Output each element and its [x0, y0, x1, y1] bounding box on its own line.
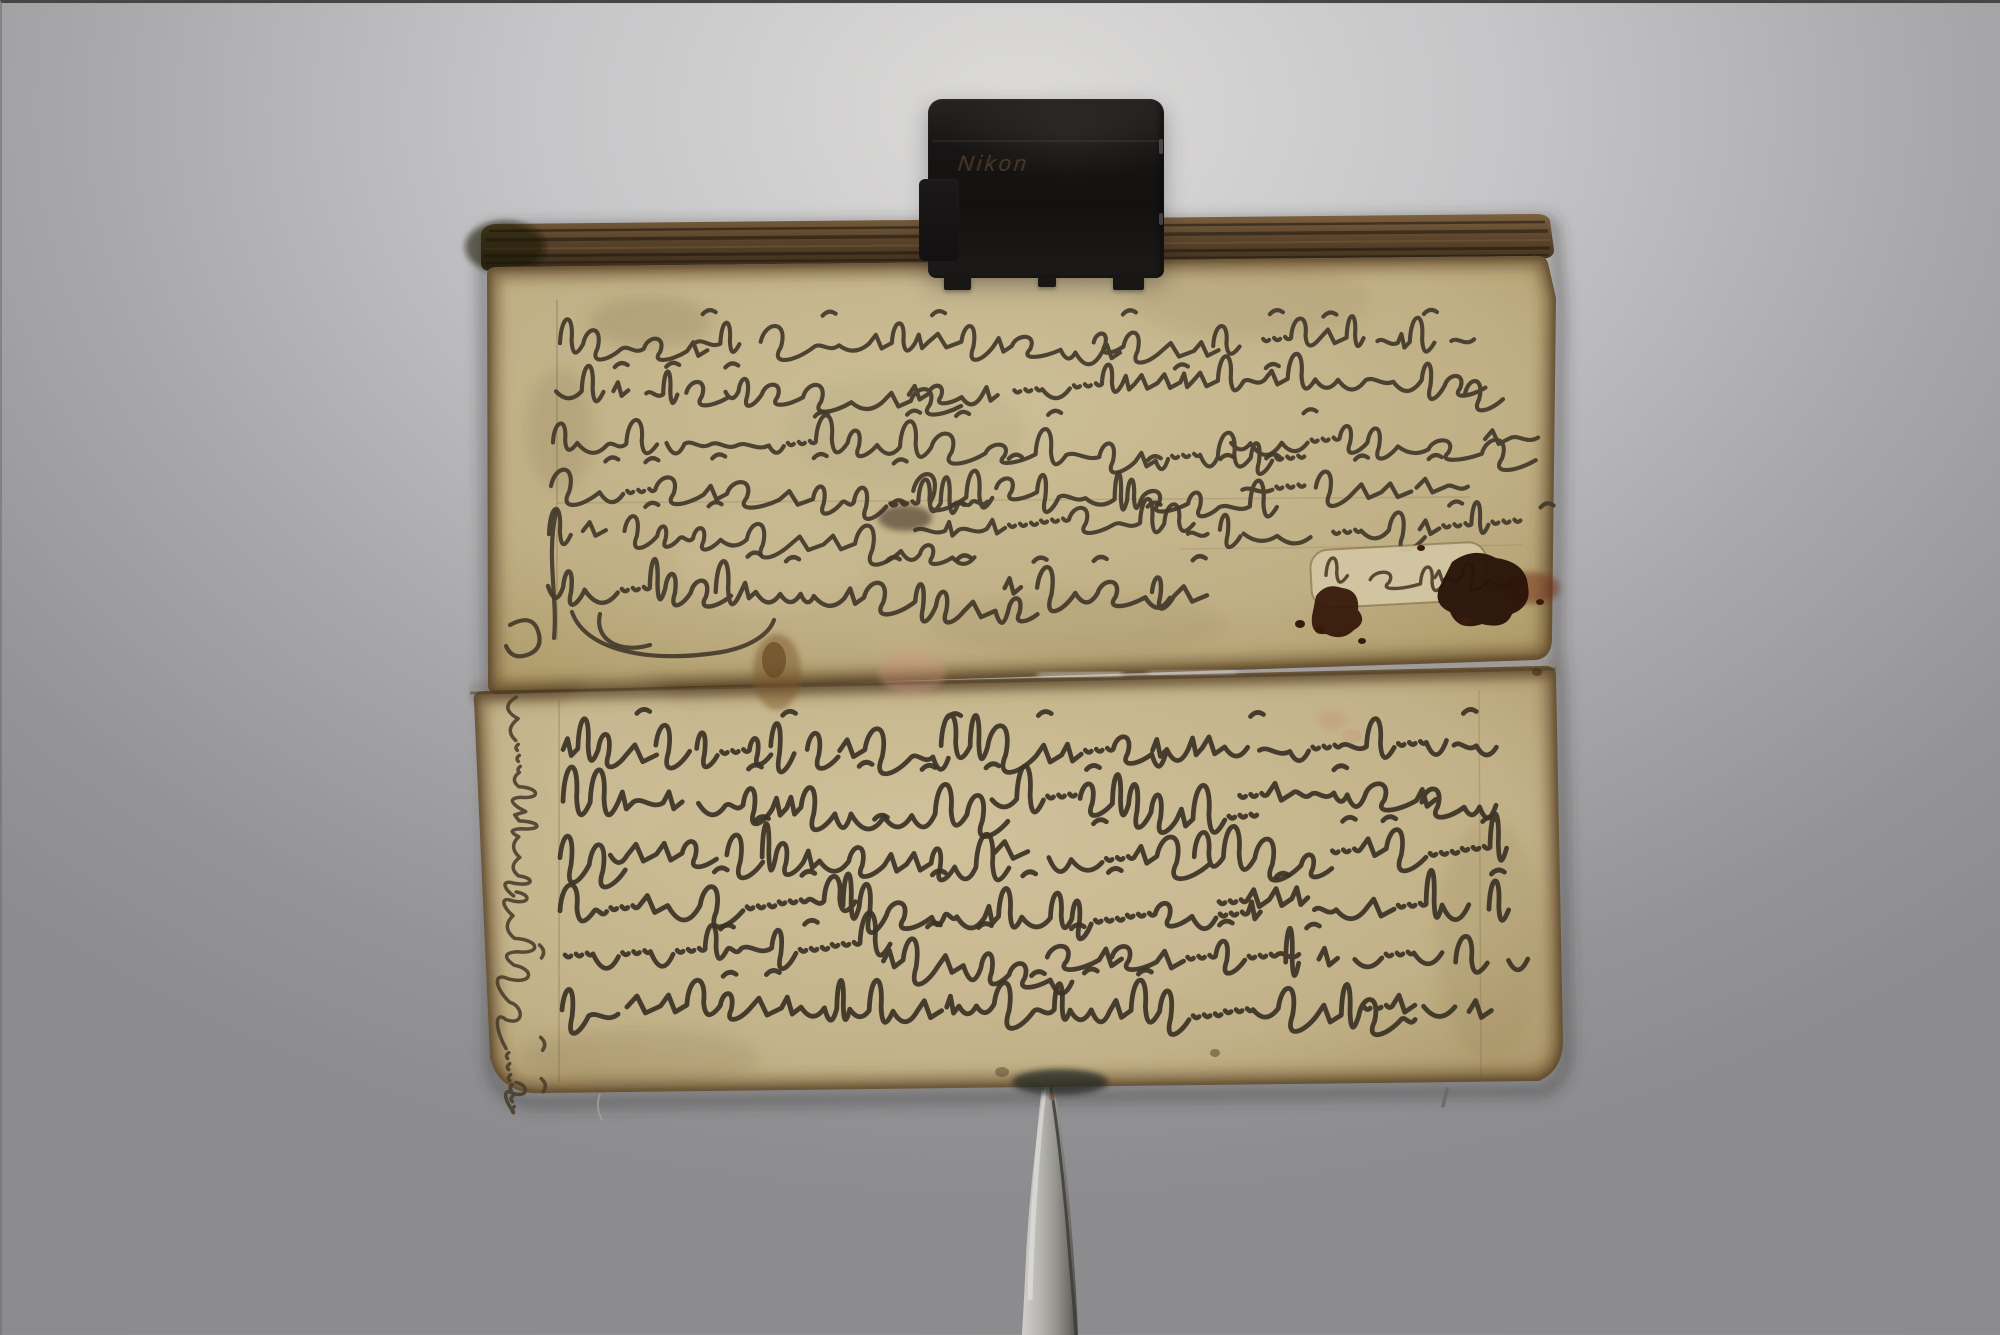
crease-highlight: [1040, 673, 1120, 676]
crease-highlight: [1150, 671, 1235, 674]
pink-spot: [1317, 710, 1347, 730]
speck: [1532, 668, 1542, 676]
wax-droplet: [1460, 617, 1472, 625]
wood-edge-dark-end: [465, 221, 545, 273]
wax-droplet: [1295, 620, 1305, 628]
battery-emboss-label: Nikon: [957, 151, 1140, 177]
battery-side-step: [919, 179, 959, 261]
speck: [995, 1067, 1009, 1077]
battery-contact-foot: [1113, 276, 1144, 290]
battery-seam: [932, 140, 1160, 142]
wax-droplet: [1417, 545, 1425, 551]
aging-blotch: [520, 1028, 760, 1088]
speck: [1210, 1049, 1220, 1057]
battery-contact-foot: [944, 276, 971, 290]
battery-notch: [1159, 139, 1163, 154]
aging-blotch: [1435, 820, 1545, 1060]
aging-blotch: [675, 510, 865, 610]
ink-smudge: [878, 505, 932, 531]
battery-contact-foot: [1038, 277, 1056, 287]
photograph: Nikon: [0, 0, 2000, 1335]
pink-spot: [1342, 729, 1362, 743]
wax-droplet: [1536, 599, 1544, 605]
wax-droplet: [1358, 638, 1366, 644]
pink-ring-stain: [878, 650, 946, 694]
nikon-battery-clamp: Nikon: [928, 99, 1164, 278]
aging-blotch: [1130, 260, 1370, 340]
blade-junction-shadow: [1012, 1069, 1108, 1095]
battery-notch: [1159, 213, 1163, 225]
drip-stain-core: [762, 642, 786, 678]
